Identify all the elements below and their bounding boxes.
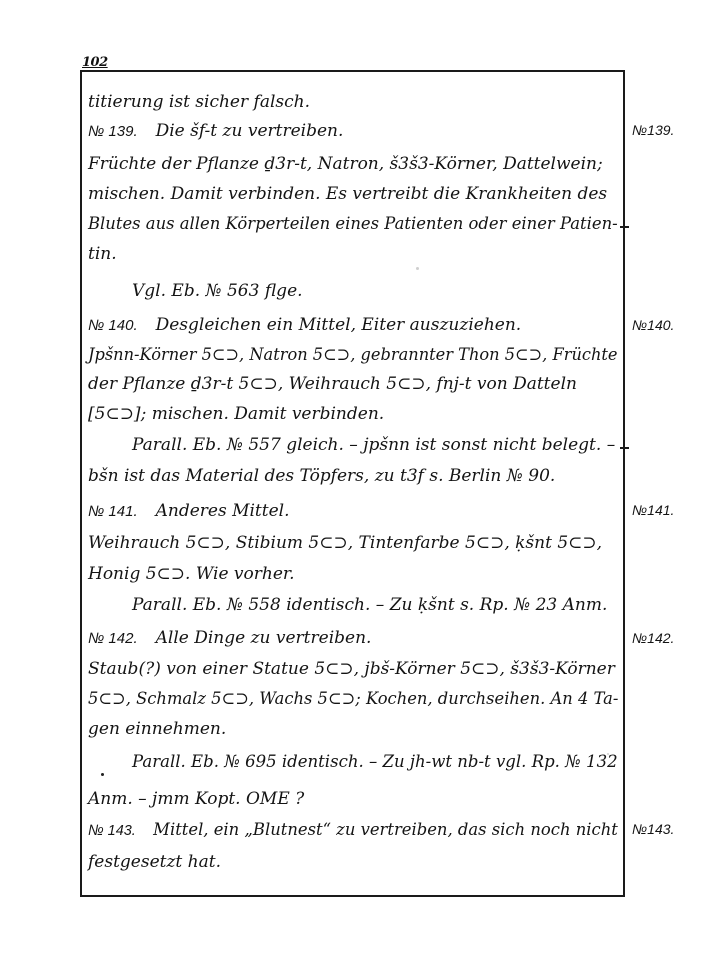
line-text: [5⊂⊃]; mischen. Damit verbinden. (88, 404, 384, 424)
page-number: 102 (82, 55, 108, 70)
margin-entry-label: №142. (632, 629, 674, 647)
hyphen-tick-line-5 (620, 226, 629, 228)
text-line: Weihrauch 5⊂⊃, Stibium 5⊂⊃, Tintenfarbe … (88, 533, 602, 553)
line-text: gen einnehmen. (88, 719, 226, 739)
entry-number: № 139. (88, 123, 138, 140)
line-text: Anderes Mittel. (156, 501, 290, 521)
margin-entry-label: №141. (632, 501, 674, 519)
text-line: № 141.Anderes Mittel. (88, 501, 290, 522)
text-line: Honig 5⊂⊃. Wie vorher. (88, 564, 295, 584)
hyphen-tick-line-10 (620, 447, 629, 449)
line-text: Weihrauch 5⊂⊃, Stibium 5⊂⊃, Tintenfarbe … (88, 533, 602, 553)
text-line: tin. (88, 244, 117, 264)
text-line: der Pflanze ḏ3r-t 5⊂⊃, Weihrauch 5⊂⊃, fn… (88, 374, 577, 394)
margin-dot (101, 773, 104, 776)
line-text: Staub(?) von einer Statue 5⊂⊃, jbš-Körne… (88, 659, 615, 679)
text-line: [5⊂⊃]; mischen. Damit verbinden. (88, 404, 384, 424)
margin-entry-label: №139. (632, 121, 674, 139)
line-text: der Pflanze ḏ3r-t 5⊂⊃, Weihrauch 5⊂⊃, fn… (88, 374, 577, 394)
text-line: titierung ist sicher falsch. (88, 92, 310, 112)
margin-entry-label: №143. (632, 820, 674, 838)
line-text: Alle Dinge zu vertreiben. (156, 628, 372, 648)
text-line: Parall. Eb. № 695 identisch. – Zu jh-wt … (132, 752, 618, 772)
text-line: 5⊂⊃, Schmalz 5⊂⊃, Wachs 5⊂⊃; Kochen, dur… (88, 689, 618, 709)
text-line: bšn ist das Material des Töpfers, zu t3f… (88, 466, 555, 486)
text-line: Früchte der Pflanze ḏ3r-t, Natron, š3š3-… (88, 154, 603, 174)
line-text: Jpšnn-Körner 5⊂⊃, Natron 5⊂⊃, gebrannter… (88, 345, 618, 365)
entry-number: № 143. (88, 822, 136, 839)
line-text: Honig 5⊂⊃. Wie vorher. (88, 564, 295, 584)
line-text: mischen. Damit verbinden. Es vertreibt d… (88, 184, 607, 204)
line-text: titierung ist sicher falsch. (88, 92, 310, 112)
line-text: festgesetzt hat. (88, 852, 221, 872)
line-text: Desgleichen ein Mittel, Eiter auszuziehe… (156, 315, 522, 335)
text-line: Parall. Eb. № 558 identisch. – Zu ḳšnt s… (132, 595, 607, 615)
line-text: 5⊂⊃, Schmalz 5⊂⊃, Wachs 5⊂⊃; Kochen, dur… (88, 689, 618, 709)
text-line: gen einnehmen. (88, 719, 226, 739)
text-line: № 143.Mittel, ein „Blutnest“ zu vertreib… (88, 820, 618, 841)
line-text: Mittel, ein „Blutnest“ zu vertreiben, da… (153, 820, 618, 840)
entry-number: № 141. (88, 503, 138, 520)
line-text: Blutes aus allen Körperteilen eines Pati… (88, 214, 618, 234)
scan-speck (416, 267, 419, 270)
text-line: Jpšnn-Körner 5⊂⊃, Natron 5⊂⊃, gebrannter… (88, 345, 618, 365)
entry-number: № 142. (88, 630, 138, 647)
text-line: Anm. – jmm Kopt. ΟΜΕ ? (88, 789, 304, 809)
text-line: Blutes aus allen Körperteilen eines Pati… (88, 214, 618, 234)
line-text: tin. (88, 244, 117, 264)
text-line: Parall. Eb. № 557 gleich. – jpšnn ist so… (132, 435, 615, 455)
line-text: Parall. Eb. № 695 identisch. – Zu jh-wt … (132, 752, 618, 772)
line-text: Anm. – jmm Kopt. ΟΜΕ ? (88, 789, 304, 809)
line-text: Parall. Eb. № 558 identisch. – Zu ḳšnt s… (132, 595, 607, 615)
text-line: festgesetzt hat. (88, 852, 221, 872)
text-line: № 139.Die šf-t zu vertreiben. (88, 121, 343, 142)
line-text: Früchte der Pflanze ḏ3r-t, Natron, š3š3-… (88, 154, 603, 174)
line-text: Die šf-t zu vertreiben. (156, 121, 344, 141)
text-line: № 140.Desgleichen ein Mittel, Eiter ausz… (88, 315, 521, 336)
entry-number: № 140. (88, 317, 138, 334)
line-text: Parall. Eb. № 557 gleich. – jpšnn ist so… (132, 435, 615, 455)
text-line: Staub(?) von einer Statue 5⊂⊃, jbš-Körne… (88, 659, 615, 679)
line-text: Vgl. Eb. № 563 flge. (132, 281, 303, 301)
line-text: bšn ist das Material des Töpfers, zu t3f… (88, 466, 555, 486)
text-line: Vgl. Eb. № 563 flge. (132, 281, 303, 301)
text-line: mischen. Damit verbinden. Es vertreibt d… (88, 184, 607, 204)
text-line: № 142.Alle Dinge zu vertreiben. (88, 628, 371, 649)
margin-entry-label: №140. (632, 316, 674, 334)
